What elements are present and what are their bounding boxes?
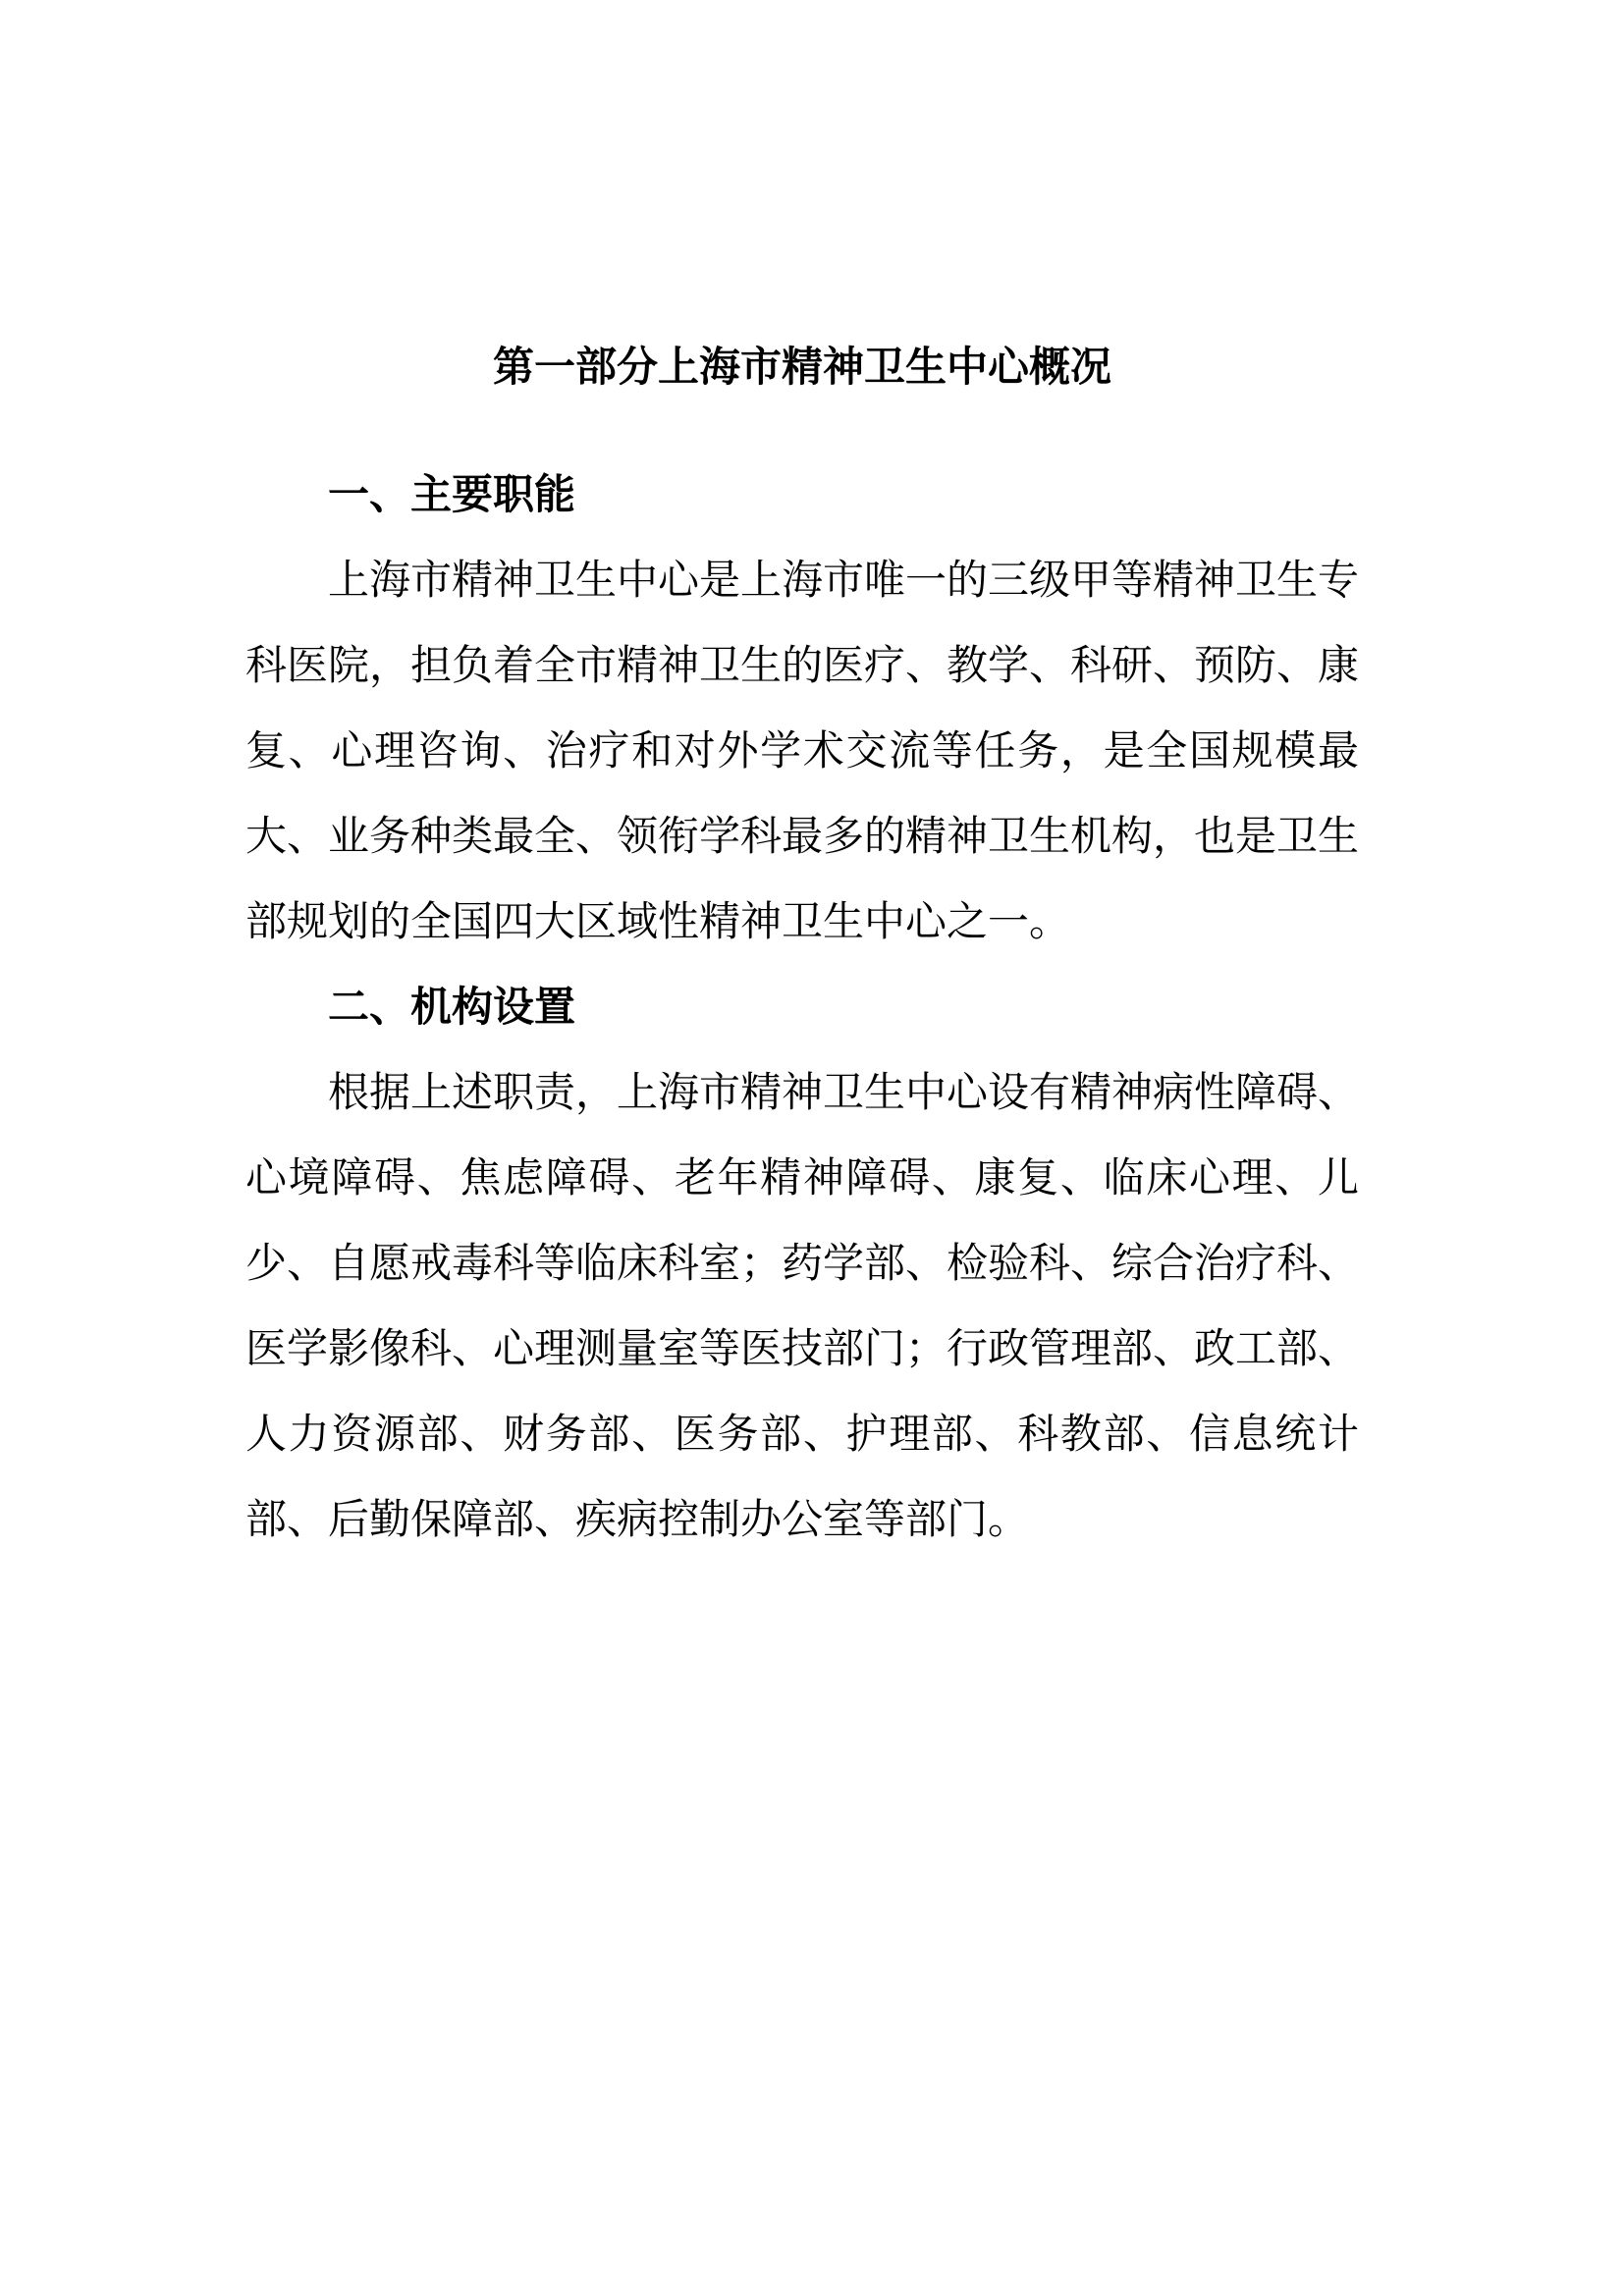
- section-paragraph-main-functions: 上海市精神卫生中心是上海市唯一的三级甲等精神卫生专科医院，担负着全市精神卫生的医…: [245, 537, 1359, 964]
- document-title: 第一部分上海市精神卫生中心概况: [245, 324, 1359, 409]
- section-heading-organization: 二、机构设置: [245, 964, 1359, 1049]
- section-paragraph-organization: 根据上述职责，上海市精神卫生中心设有精神病性障碍、心境障碍、焦虑障碍、老年精神障…: [245, 1049, 1359, 1562]
- document-page: 第一部分上海市精神卫生中心概况 一、主要职能 上海市精神卫生中心是上海市唯一的三…: [0, 0, 1624, 2296]
- section-heading-main-functions: 一、主要职能: [245, 452, 1359, 537]
